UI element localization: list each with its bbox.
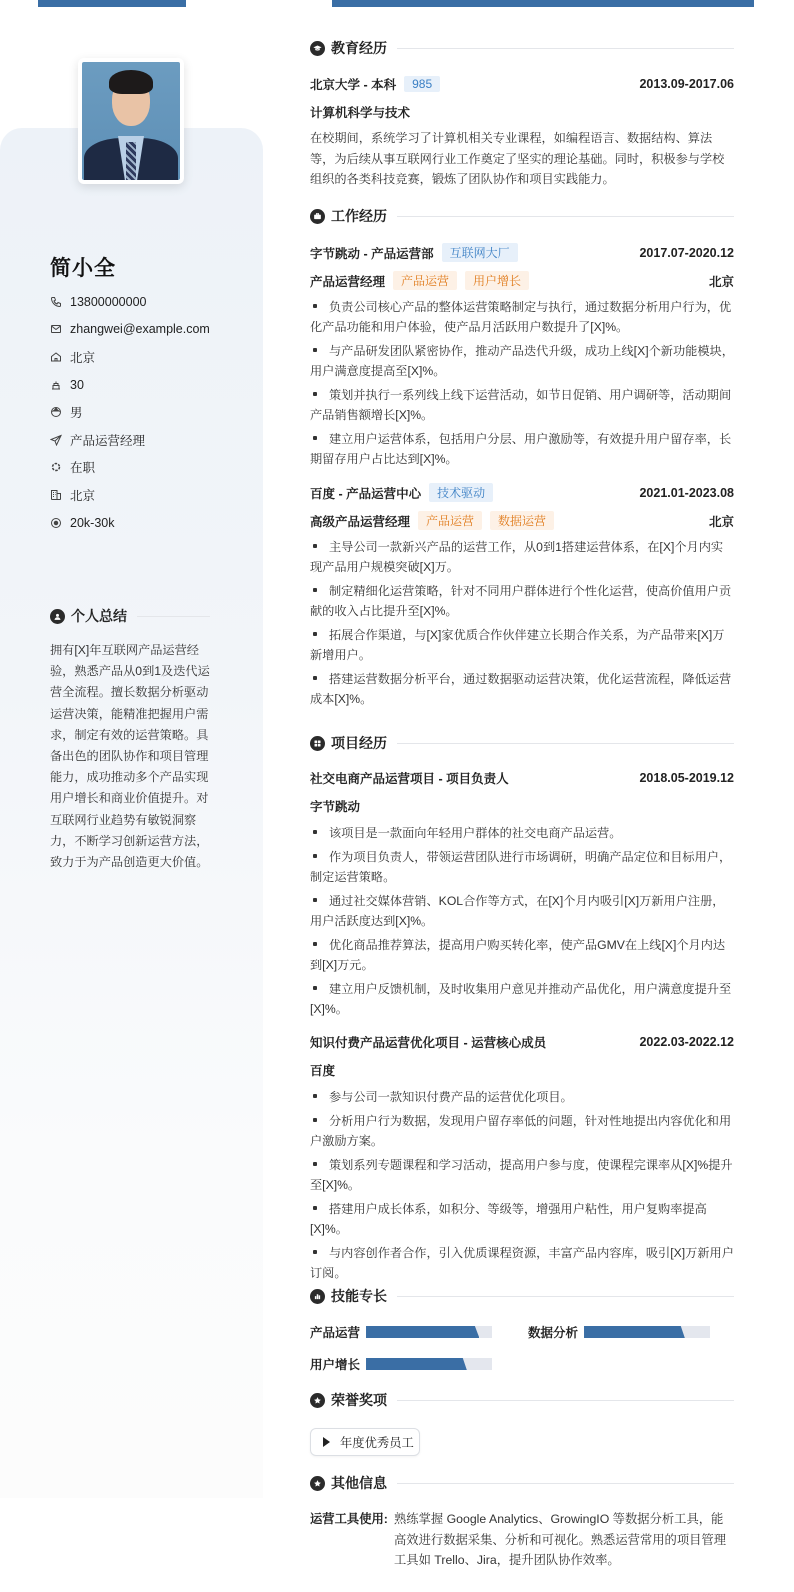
age-icon bbox=[50, 379, 62, 391]
phone-icon bbox=[50, 296, 62, 308]
work-1-company-row: 字节跳动 - 产品运营部 互联网大厂 2017.07-2020.12 bbox=[310, 243, 734, 262]
list-item: 分析用户行为数据，发现用户留存率低的问题，针对性地提出内容优化和用户激励方案。 bbox=[310, 1111, 734, 1151]
skill-bar bbox=[366, 1326, 492, 1338]
other-heading: 其他信息 bbox=[310, 1473, 734, 1493]
skill-bar-fill bbox=[366, 1326, 479, 1338]
project-2-bullets: 参与公司一款知识付费产品的运营优化项目。 分析用户行为数据，发现用户留存率低的问… bbox=[310, 1087, 734, 1287]
divider bbox=[137, 616, 210, 617]
info-phone: 13800000000 bbox=[50, 288, 210, 316]
home-icon bbox=[50, 351, 62, 363]
education-heading: 教育经历 bbox=[310, 38, 734, 58]
list-item: 参与公司一款知识付费产品的运营优化项目。 bbox=[310, 1087, 734, 1107]
summary-heading: 个人总结 bbox=[50, 606, 210, 626]
list-item: 建立用户反馈机制，及时收集用户意见并推动产品优化，用户满意度提升至[X]%。 bbox=[310, 979, 734, 1019]
work-1-role-row: 产品运营经理 产品运营 用户增长 北京 bbox=[310, 271, 734, 290]
divider bbox=[397, 48, 734, 49]
skill-item: 产品运营 bbox=[310, 1323, 492, 1341]
play-icon bbox=[323, 1437, 330, 1447]
role-tag: 用户增长 bbox=[465, 271, 529, 290]
status-icon bbox=[50, 461, 62, 473]
graduation-cap-icon bbox=[310, 41, 325, 56]
school-tag: 985 bbox=[404, 76, 440, 92]
list-item: 作为项目负责人，带领运营团队进行市场调研，明确产品定位和目标用户，制定运营策略。 bbox=[310, 847, 734, 887]
salary-icon bbox=[50, 517, 62, 529]
skill-bar-fill bbox=[366, 1358, 467, 1370]
list-item: 拓展合作渠道，与[X]家优质合作伙伴建立长期合作关系，为产品带来[X]万新增用户… bbox=[310, 625, 734, 665]
list-item: 建立用户运营体系，包括用户分层、用户激励等，有效提升用户留存率，长期留存用户占比… bbox=[310, 429, 734, 469]
list-item: 该项目是一款面向年轻用户群体的社交电商产品运营。 bbox=[310, 823, 734, 843]
list-item: 通过社交媒体营销、KOL合作等方式，在[X]个月内吸引[X]万新用户注册，用户活… bbox=[310, 891, 734, 931]
top-accent-bar-left bbox=[38, 0, 186, 7]
projects-heading: 项目经历 bbox=[310, 733, 734, 753]
education-date: 2013.09-2017.06 bbox=[639, 77, 734, 91]
skill-item: 用户增长 bbox=[310, 1355, 492, 1373]
info-icon bbox=[310, 1476, 325, 1491]
project-2-title-row: 知识付费产品运营优化项目 - 运营核心成员 2022.03-2022.12 bbox=[310, 1033, 734, 1051]
role-tag: 产品运营 bbox=[418, 511, 482, 530]
divider bbox=[397, 1483, 734, 1484]
mail-icon bbox=[50, 323, 62, 335]
education-school-row: 北京大学 - 本科 985 2013.09-2017.06 bbox=[310, 75, 734, 93]
contact-info-list: 13800000000 zhangwei@example.com 北京 30 男… bbox=[50, 288, 210, 536]
project-1-org: 字节跳动 bbox=[310, 797, 734, 815]
other-info-value: 熟练掌握 Google Analytics、GrowingIO 等数据分析工具，… bbox=[394, 1509, 734, 1571]
list-item: 负责公司核心产品的整体运营策略制定与执行，通过数据分析用户行为，优化产品功能和用… bbox=[310, 297, 734, 337]
list-item: 优化商品推荐算法，提高用户购买转化率，使产品GMV在上线[X]个月内达到[X]万… bbox=[310, 935, 734, 975]
company-tag: 技术驱动 bbox=[429, 483, 493, 502]
project-1-title-row: 社交电商产品运营项目 - 项目负责人 2018.05-2019.12 bbox=[310, 769, 734, 787]
education-description: 在校期间，系统学习了计算机相关专业课程，如编程语言、数据结构、算法等，为后续从事… bbox=[310, 128, 734, 190]
send-icon bbox=[50, 434, 62, 446]
awards-heading: 荣誉奖项 bbox=[310, 1390, 734, 1410]
divider bbox=[397, 1296, 734, 1297]
avatar bbox=[78, 58, 184, 184]
work-heading: 工作经历 bbox=[310, 206, 734, 226]
education-major: 计算机科学与技术 bbox=[310, 103, 734, 121]
divider bbox=[397, 743, 734, 744]
bar-chart-icon bbox=[310, 1289, 325, 1304]
other-info-label: 运营工具使用: bbox=[310, 1509, 394, 1571]
project-2-org: 百度 bbox=[310, 1061, 734, 1079]
company-tag: 互联网大厂 bbox=[442, 243, 518, 262]
info-city: 北京 bbox=[50, 343, 210, 371]
list-item: 搭建用户成长体系，如积分、等级等，增强用户粘性，用户复购率提高[X]%。 bbox=[310, 1199, 734, 1239]
info-work-city: 北京 bbox=[50, 481, 210, 509]
skill-bar bbox=[366, 1358, 492, 1370]
info-status: 在职 bbox=[50, 454, 210, 482]
info-age: 30 bbox=[50, 371, 210, 399]
list-item: 策划并执行一系列线上线下运营活动，如节日促销、用户调研等，活动期间产品销售额增长… bbox=[310, 385, 734, 425]
other-info-row: 运营工具使用: 熟练掌握 Google Analytics、GrowingIO … bbox=[310, 1509, 734, 1571]
info-email: zhangwei@example.com bbox=[50, 316, 210, 344]
skill-bar bbox=[584, 1326, 710, 1338]
skills-heading: 技能专长 bbox=[310, 1286, 734, 1306]
work-1-bullets: 负责公司核心产品的整体运营策略制定与执行，通过数据分析用户行为，优化产品功能和用… bbox=[310, 297, 734, 473]
gender-icon bbox=[50, 406, 62, 418]
top-accent-bar-right bbox=[332, 0, 754, 7]
work-2-role-row: 高级产品运营经理 产品运营 数据运营 北京 bbox=[310, 511, 734, 530]
list-item: 搭建运营数据分析平台，通过数据驱动运营决策，优化运营流程，降低运营成本[X]%。 bbox=[310, 669, 734, 709]
project-1-bullets: 该项目是一款面向年轻用户群体的社交电商产品运营。 作为项目负责人，带领运营团队进… bbox=[310, 823, 734, 1023]
role-tag: 数据运营 bbox=[490, 511, 554, 530]
candidate-name: 简小全 bbox=[50, 252, 116, 282]
work-2-bullets: 主导公司一款新兴产品的运营工作，从0到1搭建运营体系，在[X]个月内实现产品用户… bbox=[310, 537, 734, 713]
award-icon bbox=[310, 1393, 325, 1408]
award-item[interactable]: 年度优秀员工 bbox=[310, 1428, 420, 1456]
user-icon bbox=[50, 609, 65, 624]
profile-photo bbox=[82, 62, 180, 180]
list-item: 与内容创作者合作，引入优质课程资源，丰富产品内容库，吸引[X]万新用户订阅。 bbox=[310, 1243, 734, 1283]
work-city: 北京 bbox=[709, 272, 734, 290]
role-tag: 产品运营 bbox=[393, 271, 457, 290]
grid-icon bbox=[310, 736, 325, 751]
list-item: 主导公司一款新兴产品的运营工作，从0到1搭建运营体系，在[X]个月内实现产品用户… bbox=[310, 537, 734, 577]
info-salary: 20k-30k bbox=[50, 509, 210, 537]
list-item: 策划系列专题课程和学习活动，提高用户参与度，使课程完课率从[X]%提升至[X]%… bbox=[310, 1155, 734, 1195]
info-gender: 男 bbox=[50, 398, 210, 426]
school-name: 北京大学 - 本科 bbox=[310, 75, 396, 93]
building-icon bbox=[50, 489, 62, 501]
list-item: 制定精细化运营策略，针对不同用户群体进行个性化运营，使高价值用户贡献的收入占比提… bbox=[310, 581, 734, 621]
work-city: 北京 bbox=[709, 512, 734, 530]
list-item: 与产品研发团队紧密协作，推动产品迭代升级，成功上线[X]个新功能模块，用户满意度… bbox=[310, 341, 734, 381]
skill-item: 数据分析 bbox=[528, 1323, 710, 1341]
info-position: 产品运营经理 bbox=[50, 426, 210, 454]
divider bbox=[397, 1400, 734, 1401]
divider bbox=[397, 216, 734, 217]
skill-bar-fill bbox=[584, 1326, 685, 1338]
summary-text: 拥有[X]年互联网产品运营经验，熟悉产品从0到1及迭代运营全流程。擅长数据分析驱… bbox=[50, 640, 212, 873]
briefcase-icon bbox=[310, 209, 325, 224]
work-2-company-row: 百度 - 产品运营中心 技术驱动 2021.01-2023.08 bbox=[310, 483, 734, 502]
